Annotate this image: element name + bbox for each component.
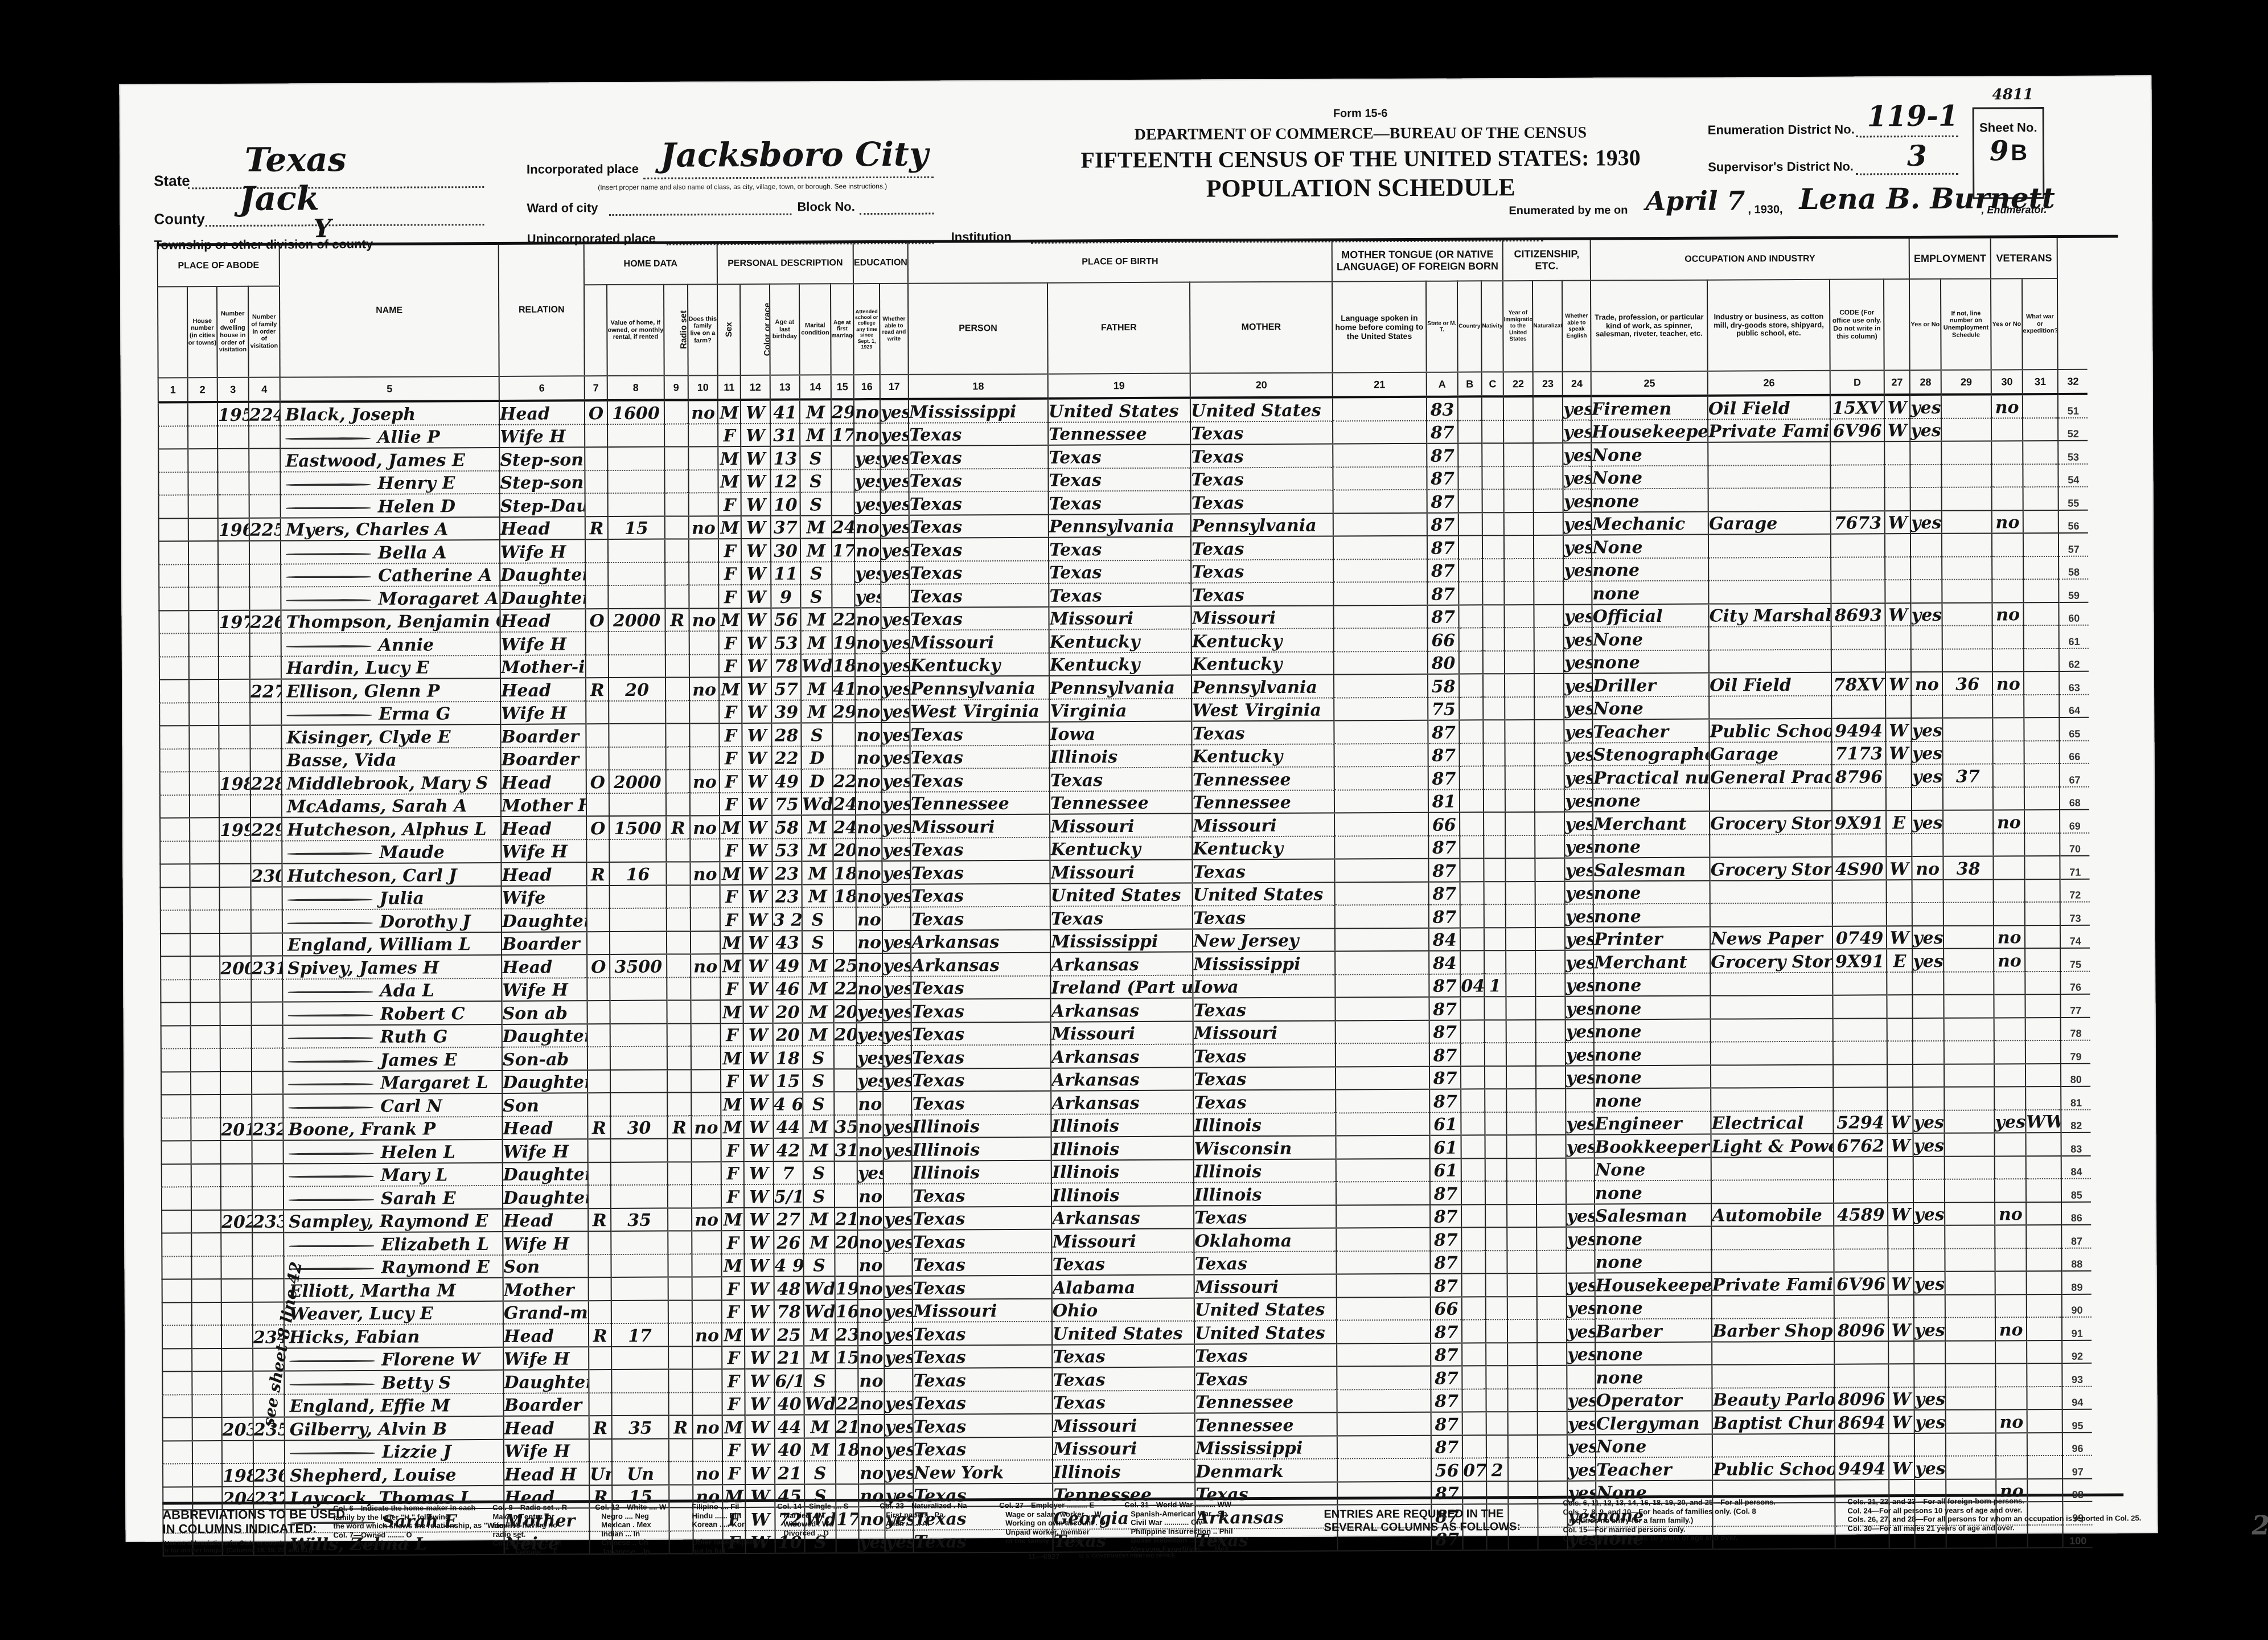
race-cell: W	[745, 1277, 774, 1300]
mother-tongue-cell	[1337, 1297, 1431, 1320]
printer: U. S. GOVERNMENT PRINTING OFFICE	[1079, 1553, 1175, 1560]
marital-cell: M	[802, 977, 833, 1000]
line-number-value: 79	[2070, 1051, 2082, 1062]
race-value: W	[747, 749, 767, 769]
speak-english-cell: yes	[1567, 1434, 1596, 1458]
race-cell: W	[743, 884, 773, 908]
birthplace-value: Texas	[911, 863, 964, 883]
column-number: 14	[800, 375, 831, 399]
unemployment-line-cell	[1942, 625, 1992, 649]
home-owned-cell	[585, 563, 608, 586]
veteran-cell: no	[1995, 1317, 2027, 1340]
population-schedule-table: PLACE OF ABODE NAME RELATION HOME DATA P…	[157, 235, 2124, 1504]
code-a-value: 87	[1435, 1322, 1458, 1342]
relation-cell: Head	[501, 862, 586, 885]
column-number: B	[1458, 372, 1482, 396]
race-cell: W	[742, 608, 771, 631]
home-value-cell	[608, 493, 665, 516]
relation-value: Boarder	[502, 749, 580, 770]
industry-code-cell	[1834, 1364, 1888, 1387]
read-write-value: yes	[884, 1232, 912, 1252]
code-c-cell	[1485, 997, 1506, 1020]
relation-value: Boarder	[501, 727, 579, 747]
age-value: 9	[780, 587, 792, 607]
class-of-worker-cell	[1884, 441, 1910, 465]
street-cell	[162, 1164, 191, 1187]
marital-value: M	[808, 979, 827, 999]
age-first-marriage-cell	[832, 492, 854, 515]
at-work-value: yes	[1913, 928, 1944, 948]
relation-cell: Son-ab	[502, 1047, 587, 1070]
race-value: W	[749, 1118, 769, 1138]
race-value: W	[746, 426, 765, 446]
mother-birthplace-value: Kentucky	[1192, 654, 1283, 675]
mother-birthplace-value: Texas	[1191, 424, 1243, 444]
age-value: 39	[774, 703, 798, 723]
class-of-worker-value: W	[1891, 1274, 1910, 1294]
immigration-year-cell	[1507, 1319, 1537, 1343]
line-number-cell: 85	[2061, 1179, 2091, 1202]
race-value: W	[747, 657, 766, 676]
industry-cell	[1711, 1042, 1833, 1065]
dwelling-cell	[220, 1002, 251, 1026]
attended-school-value: no	[856, 679, 880, 699]
race-cell: W	[741, 585, 771, 608]
father-birthplace-cell: Texas	[1053, 1390, 1195, 1414]
dwelling-cell	[220, 979, 251, 1002]
relation-value: Head	[503, 1118, 553, 1138]
code-a-value: 58	[1432, 676, 1456, 696]
naturalization-cell	[1536, 997, 1566, 1020]
code-a-cell: 58	[1428, 674, 1459, 698]
unemployment-line-cell	[1945, 1340, 1995, 1364]
at-work-cell: no	[1912, 856, 1944, 880]
occupation-cell: Operator	[1596, 1388, 1712, 1411]
relation-cell: Head	[504, 1416, 589, 1439]
birthplace-value: Texas	[910, 609, 963, 629]
father-birthplace-cell: Arkansas	[1051, 1044, 1193, 1068]
attended-school-cell: yes	[854, 492, 881, 515]
person-name-cell: Allie P	[280, 424, 499, 448]
birthplace-cell: Texas	[911, 907, 1050, 930]
age-value: 20	[776, 1026, 800, 1045]
sd-line	[1856, 173, 1958, 175]
family-cell	[252, 1187, 283, 1210]
age-cell: 21	[775, 1461, 804, 1485]
code-a-value: 87	[1434, 1276, 1458, 1296]
speak-english-cell: yes	[1564, 650, 1592, 674]
code-b-cell	[1461, 1158, 1485, 1182]
age-cell: 78	[771, 654, 801, 677]
person-name-cell: McAdams, Sarah A	[282, 793, 501, 817]
code-a-cell: 80	[1428, 651, 1459, 674]
marital-value: M	[807, 610, 825, 630]
dwelling-cell	[219, 794, 250, 818]
radio-set-cell	[667, 908, 691, 931]
age-cell: 22	[772, 746, 802, 769]
code-a-cell: 87	[1427, 559, 1458, 582]
read-write-value: yes	[884, 1002, 911, 1022]
father-birthplace-value: Texas	[1049, 540, 1102, 560]
birthplace-cell: Texas	[912, 1229, 1051, 1253]
birthplace-value: Illinois	[913, 1163, 980, 1183]
head-c7: Home owned or rented	[584, 285, 607, 376]
code-b-cell	[1460, 904, 1484, 928]
mother-birthplace-cell: Texas	[1191, 536, 1333, 560]
read-write-value: yes	[885, 1325, 913, 1344]
birthplace-value: Texas	[912, 1002, 964, 1022]
radio-set-cell	[667, 1023, 691, 1047]
attended-school-value: yes	[854, 471, 880, 491]
industry-code-value: 8694	[1838, 1413, 1886, 1433]
age-first-marriage-cell	[833, 907, 856, 930]
age-cell: 48	[774, 1277, 804, 1300]
unemployment-line-cell	[1944, 1040, 1994, 1064]
occupation-cell: none	[1593, 904, 1710, 927]
family-cell	[253, 1440, 285, 1463]
code-a-cell: 87	[1430, 1250, 1461, 1274]
race-cell: W	[743, 930, 773, 954]
mother-tongue-cell	[1333, 420, 1427, 444]
age-value: 23	[775, 864, 799, 884]
class-of-worker-cell: W	[1888, 1272, 1914, 1295]
sex-value: F	[725, 726, 737, 746]
dwelling-cell	[217, 449, 249, 472]
relation-cell: Wife H	[501, 839, 586, 863]
head-c25: Trade, profession, or particular kind of…	[1591, 280, 1708, 372]
occupation-value: none	[1593, 837, 1641, 857]
unemployment-line-cell	[1942, 695, 1992, 718]
home-value-value: 15	[624, 519, 648, 539]
age-value: 43	[775, 933, 799, 953]
sex-value: F	[727, 1302, 739, 1322]
age-value: 75	[775, 795, 799, 815]
sex-cell: M	[718, 470, 741, 493]
attended-school-value: no	[858, 1117, 882, 1137]
line-number-cell: 61	[2059, 625, 2089, 649]
marital-value: D	[810, 748, 824, 768]
at-work-value: yes	[1912, 766, 1943, 786]
father-birthplace-value: Mississippi	[1051, 932, 1158, 952]
person-name-cell: Lizzie J	[285, 1439, 504, 1463]
age-cell: 9	[771, 585, 800, 608]
home-value-cell: 2000	[609, 770, 666, 793]
dwelling-cell	[221, 1141, 252, 1164]
race-cell: W	[742, 815, 772, 839]
farm-cell: no	[693, 1415, 722, 1438]
code-b-cell	[1460, 950, 1484, 974]
industry-code-value: 8796	[1835, 767, 1883, 787]
race-value: W	[749, 1094, 768, 1114]
sheet-number: 9	[1990, 135, 2009, 167]
line-number-value: 73	[2069, 912, 2081, 924]
speak-english-value: yes	[1567, 1229, 1595, 1249]
read-write-value: yes	[882, 610, 910, 630]
occupation-value: none	[1596, 1252, 1643, 1272]
age-value: 48	[777, 1279, 801, 1299]
occupation-value: none	[1592, 560, 1640, 580]
read-write-cell: yes	[881, 515, 909, 538]
home-value-cell	[610, 1047, 667, 1070]
radio-set-cell	[668, 1346, 692, 1370]
ditto-mark	[286, 645, 372, 647]
at-work-cell: yes	[1912, 810, 1943, 834]
veteran-value: no	[1998, 928, 2022, 948]
home-owned-cell	[587, 978, 610, 1001]
family-cell	[252, 1256, 283, 1279]
war-cell	[2024, 833, 2060, 856]
code-a-value: 61	[1433, 1161, 1457, 1181]
birthplace-value: Texas	[910, 563, 962, 583]
veteran-value: no	[1995, 397, 2019, 417]
father-birthplace-cell: Arkansas	[1051, 1067, 1193, 1091]
mother-tongue-cell	[1334, 743, 1428, 766]
father-birthplace-value: Virginia	[1050, 701, 1127, 721]
class-of-worker-value: W	[1888, 513, 1908, 533]
industry-value: Private Family	[1712, 1274, 1834, 1295]
marital-cell: S	[803, 1184, 835, 1207]
farm-cell	[690, 793, 720, 816]
code-a-value: 87	[1432, 838, 1456, 858]
speak-english-cell: yes	[1563, 466, 1592, 489]
naturalization-cell	[1538, 1434, 1567, 1458]
read-write-cell: yes	[881, 607, 910, 630]
father-birthplace-value: Pennsylvania	[1049, 516, 1174, 537]
war-cell	[2027, 1294, 2062, 1317]
veteran-cell	[1993, 764, 2024, 787]
marital-cell: M	[803, 1207, 835, 1231]
unemployment-line-cell	[1946, 1387, 1996, 1410]
veteran-cell	[1992, 579, 2023, 602]
family-value: 227	[250, 682, 281, 702]
incorporated-line	[643, 177, 934, 179]
veteran-cell	[1994, 1040, 2025, 1064]
age-value: 78	[777, 1302, 801, 1322]
industry-code-cell: 8693	[1831, 603, 1885, 626]
age-first-marriage-cell	[834, 1045, 857, 1069]
marital-cell: S	[803, 1253, 835, 1277]
father-birthplace-value: Pennsylvania	[1050, 678, 1175, 698]
relation-cell: Head	[501, 816, 586, 839]
marital-value: M	[810, 1209, 828, 1229]
occupation-value: none	[1595, 1045, 1642, 1065]
family-cell	[250, 840, 282, 864]
family-cell	[251, 887, 282, 910]
line-number-cell: 71	[2060, 856, 2090, 879]
family-cell	[249, 425, 280, 449]
code-c-cell	[1486, 1412, 1508, 1435]
age-first-marriage-cell: 41	[832, 676, 855, 700]
age-first-marriage-cell: 31	[835, 1138, 857, 1161]
attended-school-cell: no	[857, 1138, 884, 1161]
naturalization-cell	[1536, 1065, 1566, 1089]
line-number-value: 74	[2070, 936, 2081, 947]
street-cell	[161, 1118, 191, 1141]
birthplace-cell: Texas	[912, 1206, 1051, 1230]
relation-value: Mother H	[502, 796, 586, 816]
race-cell: W	[744, 1161, 774, 1184]
industry-code-cell: 5294	[1833, 1110, 1887, 1134]
code-a-cell: 87	[1429, 997, 1461, 1020]
street-cell	[163, 1463, 192, 1487]
race-value: W	[747, 610, 766, 630]
relation-value: Wife H	[504, 1349, 569, 1370]
occupation-value: Engineer	[1595, 1114, 1682, 1134]
race-value: W	[746, 587, 766, 607]
line-number-cell: 82	[2061, 1109, 2090, 1133]
occupation-cell: none	[1594, 996, 1711, 1019]
industry-cell	[1710, 903, 1833, 926]
read-write-cell: yes	[884, 1345, 913, 1368]
father-birthplace-value: Missouri	[1051, 863, 1135, 883]
farm-value: no	[693, 818, 717, 838]
speak-english-cell: yes	[1563, 489, 1592, 512]
unemployment-line-cell	[1945, 1179, 1995, 1202]
home-owned-cell	[586, 747, 609, 770]
age-cell: 15	[773, 1069, 803, 1092]
sex-cell: F	[720, 908, 743, 931]
code-a-value: 61	[1433, 1138, 1457, 1158]
person-name-cell: England, William L	[282, 932, 502, 956]
home-value-cell	[609, 700, 665, 724]
code-a-value: 66	[1431, 630, 1455, 650]
speak-english-cell: yes	[1563, 396, 1591, 420]
sex-cell: F	[722, 1277, 745, 1300]
code-a-cell: 87	[1428, 720, 1459, 744]
occupation-value: none	[1594, 975, 1641, 995]
birthplace-value: Kentucky	[910, 655, 1001, 676]
code-c-cell	[1485, 1227, 1507, 1250]
sex-cell: M	[721, 1116, 743, 1139]
father-birthplace-value: Missouri	[1053, 1439, 1137, 1459]
marital-cell: Wd	[804, 1392, 836, 1415]
incorporated-label: Incorporated place	[527, 162, 639, 177]
race-cell: W	[742, 677, 771, 700]
race-cell: W	[745, 1438, 775, 1461]
industry-code-value: 78XV	[1833, 675, 1883, 695]
person-name-value: Mary L	[381, 1165, 448, 1186]
attended-school-cell: no	[856, 976, 882, 999]
age-cell: 23	[772, 862, 802, 885]
relation-value: Daughter	[500, 588, 585, 609]
home-owned-cell	[589, 1370, 611, 1393]
relation-value: Daughter	[504, 1372, 589, 1393]
speak-english-cell: yes	[1567, 1458, 1596, 1481]
enumerated-date: April 7	[1645, 185, 1745, 216]
class-of-worker-cell	[1885, 487, 1910, 511]
immigration-year-cell	[1503, 396, 1533, 420]
radio-set-cell	[665, 562, 689, 585]
father-birthplace-value: Texas	[1053, 1370, 1105, 1390]
street-cell	[160, 772, 190, 795]
immigration-year-cell	[1508, 1412, 1538, 1435]
attended-school-value: no	[856, 610, 880, 630]
line-number-value: 90	[2071, 1305, 2082, 1316]
immigration-year-cell	[1505, 674, 1534, 697]
code-a-value: 87	[1431, 584, 1455, 604]
person-name-value: Black, Joseph	[285, 404, 416, 425]
sex-cell: F	[720, 839, 742, 862]
read-write-value: yes	[882, 702, 910, 722]
street-cell	[161, 1048, 191, 1072]
marital-value: M	[807, 541, 825, 561]
read-write-cell: yes	[882, 745, 910, 769]
code-c-cell	[1485, 1204, 1507, 1228]
occupation-cell: none	[1593, 834, 1710, 858]
code-b-cell	[1460, 928, 1484, 951]
column-number: 22	[1503, 372, 1533, 396]
farm-cell: no	[692, 1208, 721, 1231]
mother-tongue-cell	[1333, 490, 1427, 513]
occupation-value: Merchant	[1593, 814, 1686, 834]
person-name-value: Myers, Charles A	[286, 519, 448, 540]
occupation-cell: none	[1595, 1365, 1712, 1388]
code-b-cell	[1461, 1089, 1485, 1112]
relation-cell: Daughter	[500, 585, 585, 609]
line-number-value: 94	[2072, 1397, 2083, 1408]
veteran-cell	[1992, 464, 2023, 487]
unemployment-line-cell	[1945, 1202, 1995, 1225]
mother-tongue-cell	[1334, 697, 1428, 720]
age-value: 42	[776, 1141, 800, 1161]
veteran-cell	[1994, 1064, 2025, 1087]
head-c16: Attended school or college any time sinc…	[853, 284, 880, 375]
code-c-cell	[1482, 396, 1503, 420]
industry-code-cell: 8096	[1835, 1387, 1889, 1411]
immigration-year-cell	[1506, 997, 1536, 1020]
naturalization-cell	[1535, 858, 1565, 881]
relation-value: Wife H	[503, 1142, 569, 1162]
radio-set-cell	[666, 839, 690, 862]
code-c-cell	[1485, 1250, 1507, 1274]
industry-code-cell: 7673	[1831, 511, 1885, 534]
race-cell: W	[743, 1092, 773, 1116]
state-line	[188, 186, 484, 189]
mother-birthplace-cell: Missouri	[1193, 1020, 1336, 1044]
race-value: W	[746, 472, 766, 492]
father-birthplace-cell: Illinois	[1051, 1183, 1194, 1207]
age-first-marriage-cell: 18	[836, 1438, 858, 1461]
code-a-cell: 87	[1427, 536, 1458, 559]
industry-cell: Garage	[1708, 511, 1831, 534]
race-cell: W	[745, 1299, 774, 1323]
immigration-year-cell	[1508, 1458, 1538, 1481]
line-number-cell: 77	[2061, 994, 2090, 1018]
dwelling-cell	[219, 840, 250, 864]
ditto-mark	[287, 852, 372, 855]
relation-value: Daughter-in-law ab	[503, 1026, 587, 1046]
sex-cell: F	[719, 700, 742, 724]
line-number-cell: 74	[2060, 925, 2090, 948]
ditto-mark	[288, 1014, 373, 1016]
immigration-year-cell	[1504, 581, 1534, 605]
line-number-value: 63	[2069, 682, 2080, 693]
veteran-value: no	[1999, 1320, 2023, 1340]
occupation-cell: None	[1595, 1157, 1711, 1180]
dwelling-value: 197	[219, 613, 249, 633]
age-first-marriage-cell	[833, 930, 856, 954]
relation-cell: Wife	[502, 885, 587, 909]
mother-birthplace-value: Texas	[1195, 1254, 1247, 1274]
speak-english-cell: yes	[1565, 881, 1593, 904]
birthplace-value: Texas	[913, 1371, 965, 1391]
veteran-value: no	[1999, 1412, 2023, 1432]
age-first-marriage-value: 16	[836, 1302, 858, 1322]
race-value: W	[747, 633, 766, 653]
code-a-cell: 84	[1429, 928, 1460, 951]
unemployment-line-cell	[1942, 579, 1992, 602]
at-work-value: no	[1916, 859, 1940, 879]
